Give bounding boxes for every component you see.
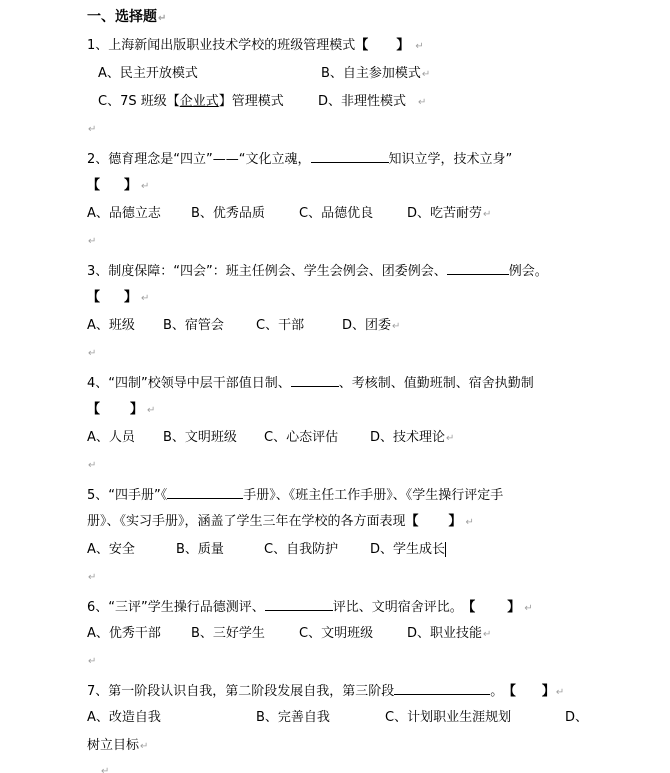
option-d[interactable]: D、学生成长 [370, 541, 446, 559]
fill-blank[interactable] [311, 149, 389, 163]
paragraph-mark-icon: ↵ [556, 687, 564, 698]
paragraph-mark-icon: ↵ [140, 741, 148, 752]
option-text: B、优秀品质 [191, 206, 265, 221]
question-4-answer: 【】↵ [87, 401, 155, 419]
question-number: 6、 [87, 600, 108, 615]
option-a: A、安全 [87, 541, 135, 559]
section-title: 一、选择题 [87, 9, 157, 25]
question-number: 1、 [87, 38, 108, 53]
option-text: A、民主开放模式 [98, 66, 198, 81]
option-a: A、优秀干部 [87, 625, 161, 643]
option-text: A、优秀干部 [87, 626, 161, 641]
question-text: 、考核制、值勤班制、宿舍执勤制 [339, 376, 534, 391]
option-d: D、非理性模式↵ [318, 93, 426, 111]
answer-bracket-open: 【 [469, 600, 476, 615]
question-text: 。 [490, 684, 503, 699]
answer-bracket-open: 【 [87, 290, 100, 305]
answer-bracket-open: 【 [406, 514, 419, 529]
question-number: 2、 [87, 152, 108, 167]
question-3-stem: 3、制度保障：“四会”：班主任例会、学生会例会、团委例会、例会。 [87, 261, 548, 279]
option-text: A、班级 [87, 318, 135, 333]
option-text: B、三好学生 [191, 626, 265, 641]
question-number: 7、 [87, 684, 108, 699]
paragraph-mark-icon: ↵ [524, 603, 532, 614]
option-b: B、完善自我 [256, 709, 330, 727]
paragraph-mark-icon: ↵ [446, 433, 454, 444]
question-number: 5、 [87, 488, 108, 503]
fill-blank[interactable] [167, 485, 243, 499]
option-text: B、文明班级 [163, 430, 237, 445]
option-text: D、学生成长 [370, 542, 445, 557]
option-c: C、7S 班级【企业式】管理模式 [98, 93, 284, 111]
option-d: D、团委↵ [342, 317, 400, 335]
option-text: C、文明班级 [299, 626, 373, 641]
option-c: C、干部 [256, 317, 304, 335]
option-text: B、宿管会 [163, 318, 224, 333]
paragraph-mark-icon: ↵ [147, 405, 155, 416]
question-5-stem: 5、“四手册”《手册》、《班主任工作手册》、《学生操行评定手 [87, 485, 503, 503]
fill-blank[interactable] [447, 261, 509, 275]
question-4-stem: 4、“四制”校领导中层干部值日制、、考核制、值勤班制、宿舍执勤制 [87, 373, 534, 391]
option-d-continued: 树立目标↵ [87, 737, 148, 755]
option-text: C、7S 班级【 [98, 94, 180, 109]
question-text: 例会。 [509, 264, 548, 279]
paragraph-mark-icon: ↵ [88, 121, 96, 139]
option-c: C、文明班级 [299, 625, 373, 643]
question-text: “四制”校领导中层干部值日制、 [108, 376, 290, 391]
option-d: D、 [565, 709, 588, 727]
option-text: A、人员 [87, 430, 135, 445]
option-b: B、文明班级 [163, 429, 237, 447]
paragraph-mark-icon: ↵ [466, 517, 474, 528]
question-2-stem: 2、德育理念是“四立”——“文化立魂，知识立学，技术立身” [87, 149, 512, 167]
option-text: B、质量 [176, 542, 224, 557]
paragraph-mark-icon: ↵ [158, 13, 166, 24]
option-text: C、自我防护 [264, 542, 338, 557]
option-text: D、 [565, 710, 588, 725]
paragraph-mark-icon: ↵ [101, 763, 109, 773]
paragraph-mark-icon: ↵ [88, 233, 96, 251]
option-a: A、民主开放模式 [98, 65, 198, 83]
answer-bracket-close: 】 [396, 38, 409, 53]
option-text: C、心态评估 [264, 430, 338, 445]
question-text: 上海新闻出版职业技术学校的班级管理模式 [108, 38, 355, 53]
option-text: D、技术理论 [370, 430, 445, 445]
option-a: A、改造自我 [87, 709, 161, 727]
option-a: A、品德立志 [87, 205, 161, 223]
paragraph-mark-icon: ↵ [392, 321, 400, 332]
paragraph-mark-icon: ↵ [483, 209, 491, 220]
paragraph-mark-icon: ↵ [88, 457, 96, 475]
question-text: 知识立学，技术立身” [389, 152, 513, 167]
paragraph-mark-icon: ↵ [141, 293, 149, 304]
option-d: D、吃苦耐劳↵ [407, 205, 491, 223]
option-text: D、职业技能 [407, 626, 482, 641]
question-6-stem: 6、“三评”学生操行品德测评、评比、文明宿舍评比。【】↵ [87, 597, 533, 615]
answer-bracket-close: 】 [449, 514, 462, 529]
question-text: 德育理念是“四立”——“文化立魂， [108, 152, 310, 167]
option-c: C、品德优良 [299, 205, 373, 223]
question-number: 4、 [87, 376, 108, 391]
answer-bracket-close: 】 [542, 684, 555, 699]
question-7-stem: 7、第一阶段认识自我，第二阶段发展自我，第三阶段。【】↵ [87, 681, 564, 699]
option-c: C、自我防护 [264, 541, 338, 559]
option-text: A、安全 [87, 542, 135, 557]
option-b: B、质量 [176, 541, 224, 559]
question-text: “三评”学生操行品德测评、 [108, 600, 264, 615]
question-text: “四手册”《 [108, 488, 167, 503]
section-heading: 一、选择题↵ [87, 8, 166, 26]
paragraph-mark-icon: ↵ [141, 181, 149, 192]
option-a: A、班级 [87, 317, 135, 335]
paragraph-mark-icon: ↵ [88, 345, 96, 363]
option-text: 】管理模式 [219, 94, 284, 109]
option-b: B、自主参加模式↵ [321, 65, 430, 83]
option-c: C、计划职业生涯规划 [385, 709, 511, 727]
question-text: 制度保障：“四会”：班主任例会、学生会例会、团委例会、 [108, 264, 446, 279]
option-b: B、宿管会 [163, 317, 224, 335]
option-text: D、吃苦耐劳 [407, 206, 482, 221]
paragraph-mark-icon: ↵ [415, 41, 423, 52]
option-text: B、自主参加模式 [321, 66, 421, 81]
option-text: A、改造自我 [87, 710, 161, 725]
question-number: 3、 [87, 264, 108, 279]
answer-bracket-close: 】 [124, 178, 137, 193]
option-text: B、完善自我 [256, 710, 330, 725]
paragraph-mark-icon: ↵ [483, 629, 491, 640]
option-b: B、优秀品质 [191, 205, 265, 223]
question-1-stem: 1、上海新闻出版职业技术学校的班级管理模式【】↵ [87, 37, 424, 55]
paragraph-mark-icon: ↵ [418, 97, 426, 108]
option-text: C、品德优良 [299, 206, 373, 221]
answer-bracket-open: 【 [509, 684, 516, 699]
answer-bracket-open: 【 [355, 38, 368, 53]
option-text: D、团委 [342, 318, 391, 333]
option-text: A、品德立志 [87, 206, 161, 221]
question-text: 评比、文明宿舍评比。 [333, 600, 463, 615]
option-c: C、心态评估 [264, 429, 338, 447]
text-cursor [445, 542, 446, 557]
question-text: 第一阶段认识自我，第二阶段发展自我，第三阶段 [108, 684, 394, 699]
fill-blank[interactable] [265, 597, 333, 611]
answer-bracket-close: 】 [130, 402, 143, 417]
answer-bracket-open: 【 [87, 178, 100, 193]
option-text: C、计划职业生涯规划 [385, 710, 511, 725]
option-text: D、非理性模式 [318, 94, 406, 109]
question-2-answer: 【】↵ [87, 177, 149, 195]
question-text: 册》、《实习手册》，涵盖了学生三年在学校的各方面表现 [87, 514, 406, 529]
question-text: 手册》、《班主任工作手册》、《学生操行评定手 [243, 488, 503, 503]
question-5-stem-line2: 册》、《实习手册》，涵盖了学生三年在学校的各方面表现【】↵ [87, 513, 474, 531]
answer-bracket-close: 】 [124, 290, 137, 305]
fill-blank[interactable] [394, 681, 490, 695]
paragraph-mark-icon: ↵ [422, 69, 430, 80]
fill-blank[interactable] [291, 373, 339, 387]
option-b: B、三好学生 [191, 625, 265, 643]
option-text-underlined: 企业式 [180, 94, 219, 109]
question-3-answer: 【】↵ [87, 289, 149, 307]
option-a: A、人员 [87, 429, 135, 447]
option-text: 树立目标 [87, 738, 139, 753]
option-d: D、技术理论↵ [370, 429, 454, 447]
option-text: C、干部 [256, 318, 304, 333]
paragraph-mark-icon: ↵ [88, 653, 96, 671]
answer-bracket-open: 【 [87, 402, 100, 417]
paragraph-mark-icon: ↵ [88, 569, 96, 587]
option-d: D、职业技能↵ [407, 625, 491, 643]
document-page[interactable]: 一、选择题↵ 1、上海新闻出版职业技术学校的班级管理模式【】↵ A、民主开放模式… [0, 0, 670, 773]
answer-bracket-close: 】 [507, 600, 520, 615]
